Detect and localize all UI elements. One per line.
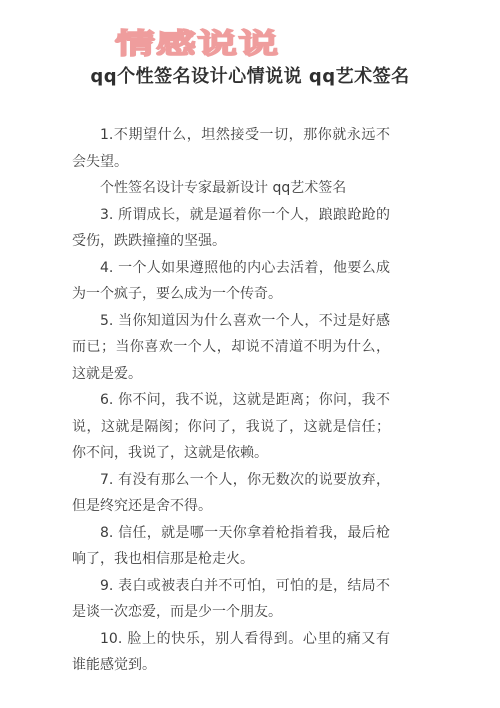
quote-paragraph-10: 10. 脸上的快乐，别人看得到。心里的痛又有谁能感觉到。	[72, 626, 390, 679]
quote-paragraph-7: 7. 有没有那么一个人，你无数次的说要放弃，但是终究还是舍不得。	[72, 467, 390, 520]
quote-paragraph-4: 4. 一个人如果遵照他的内心去活着，他要么成为一个疯子，要么成为一个传奇。	[72, 255, 390, 308]
quote-paragraph-9: 9. 表白或被表白并不可怕，可怕的是，结局不是谈一次恋爱，而是少一个朋友。	[72, 573, 390, 626]
quote-paragraph-3: 3. 所谓成长，就是逼着你一个人，踉踉跄跄的受伤，跌跌撞撞的坚强。	[72, 202, 390, 255]
brand-logo: 情感说说	[115, 28, 280, 60]
quote-paragraph-1: 1.不期望什么，坦然接受一切，那你就永远不会失望。	[72, 122, 390, 175]
quote-paragraph-6: 6. 你不问，我不说，这就是距离；你问，我不说，这就是隔阂；你问了，我说了，这就…	[72, 387, 390, 467]
quote-list: 1.不期望什么，坦然接受一切，那你就永远不会失望。 个性签名设计专家最新设计 q…	[72, 122, 390, 679]
article-page: 情感说说 qq个性签名设计心情说说 qq艺术签名 1.不期望什么，坦然接受一切，…	[0, 0, 500, 708]
quote-paragraph-5: 5. 当你知道因为什么喜欢一个人，不过是好感而已；当你喜欢一个人，却说不清道不明…	[72, 308, 390, 388]
quote-paragraph-8: 8. 信任，就是哪一天你拿着枪指着我，最后枪响了，我也相信那是枪走火。	[72, 520, 390, 573]
quote-paragraph-2: 个性签名设计专家最新设计 qq艺术签名	[72, 175, 390, 202]
page-title: qq个性签名设计心情说说 qq艺术签名	[0, 63, 500, 91]
